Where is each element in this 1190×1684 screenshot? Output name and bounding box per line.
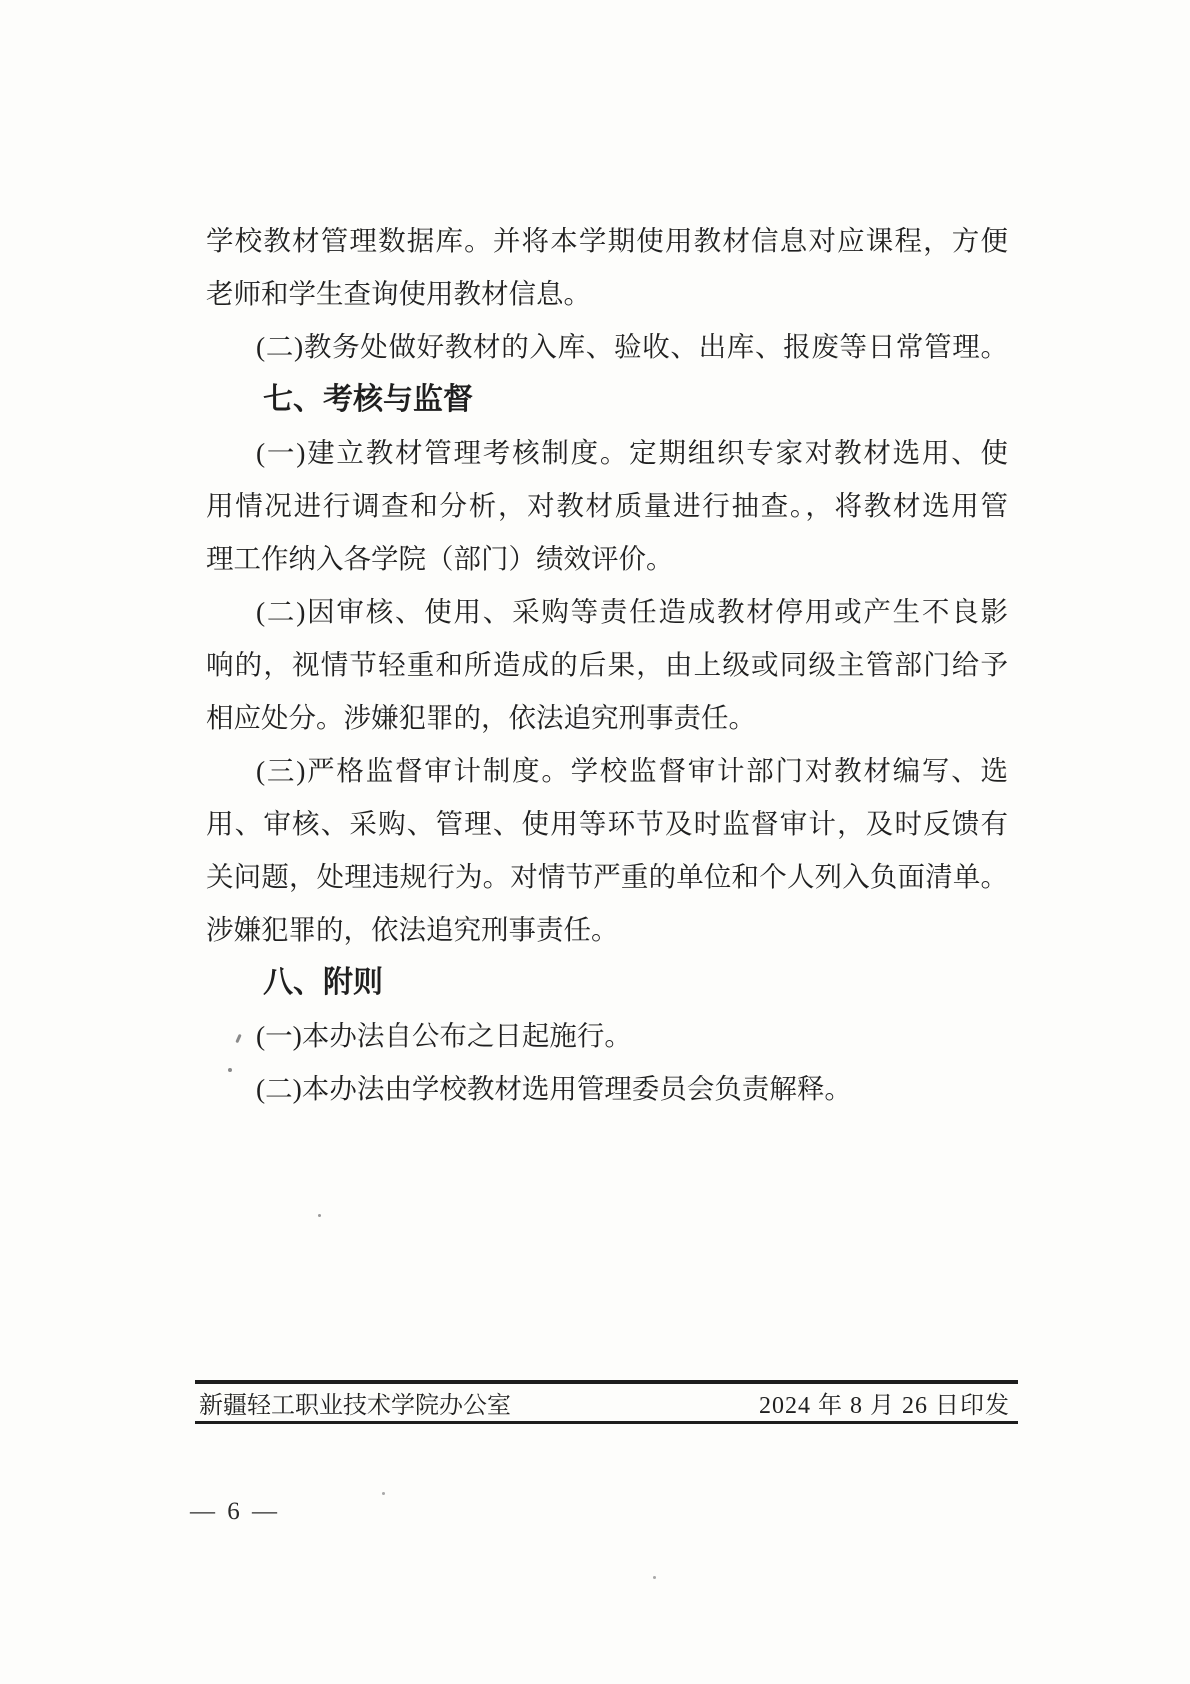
page-number: — 6 — (190, 1498, 280, 1526)
scan-speck (318, 1214, 321, 1217)
text-line: 理工作纳入各学院（部门）绩效评价。 (206, 532, 1008, 585)
footer-issuer: 新疆轻工职业技术学院办公室 (195, 1385, 511, 1420)
text-line: (一)本办法自公布之日起施行。 (206, 1009, 1008, 1062)
text-line: 相应处分。涉嫌犯罪的，依法追究刑事责任。 (206, 691, 1008, 744)
footer-colophon: 新疆轻工职业技术学院办公室 2024 年 8 月 26 日印发 (195, 1384, 1018, 1421)
text-line: (一)建立教材管理考核制度。定期组织专家对教材选用、使 (206, 426, 1008, 479)
footer-rule-bottom (195, 1421, 1018, 1424)
text-line: 用情况进行调查和分析，对教材质量进行抽查。，将教材选用管 (206, 479, 1008, 532)
section-heading: 七、考核与监督 (206, 373, 1008, 426)
scan-speck (228, 1068, 232, 1072)
text-line: 老师和学生查询使用教材信息。 (206, 267, 1008, 320)
text-line: 用、审核、采购、管理、使用等环节及时监督审计，及时反馈有 (206, 797, 1008, 850)
text-block: 学校教材管理数据库。并将本学期使用教材信息对应课程，方便老师和学生查询使用教材信… (206, 214, 1008, 1115)
text-line: 响的，视情节轻重和所造成的后果，由上级或同级主管部门给予 (206, 638, 1008, 691)
footer-print-date: 2024 年 8 月 26 日印发 (759, 1385, 1018, 1420)
text-line: (二)因审核、使用、采购等责任造成教材停用或产生不良影 (206, 585, 1008, 638)
text-line: (二)教务处做好教材的入库、验收、出库、报废等日常管理。 (206, 320, 1008, 373)
text-line: (二)本办法由学校教材选用管理委员会负责解释。 (206, 1062, 1008, 1115)
scan-speck (382, 1492, 385, 1495)
text-line: 关问题，处理违规行为。对情节严重的单位和个人列入负面清单。 (206, 850, 1008, 903)
scan-speck (653, 1576, 656, 1579)
section-heading: 八、附则 (206, 956, 1008, 1009)
text-line: (三)严格监督审计制度。学校监督审计部门对教材编写、选 (206, 744, 1008, 797)
scanned-document-page: 学校教材管理数据库。并将本学期使用教材信息对应课程，方便老师和学生查询使用教材信… (0, 0, 1190, 1684)
text-line: 学校教材管理数据库。并将本学期使用教材信息对应课程，方便 (206, 214, 1008, 267)
text-line: 涉嫌犯罪的，依法追究刑事责任。 (206, 903, 1008, 956)
